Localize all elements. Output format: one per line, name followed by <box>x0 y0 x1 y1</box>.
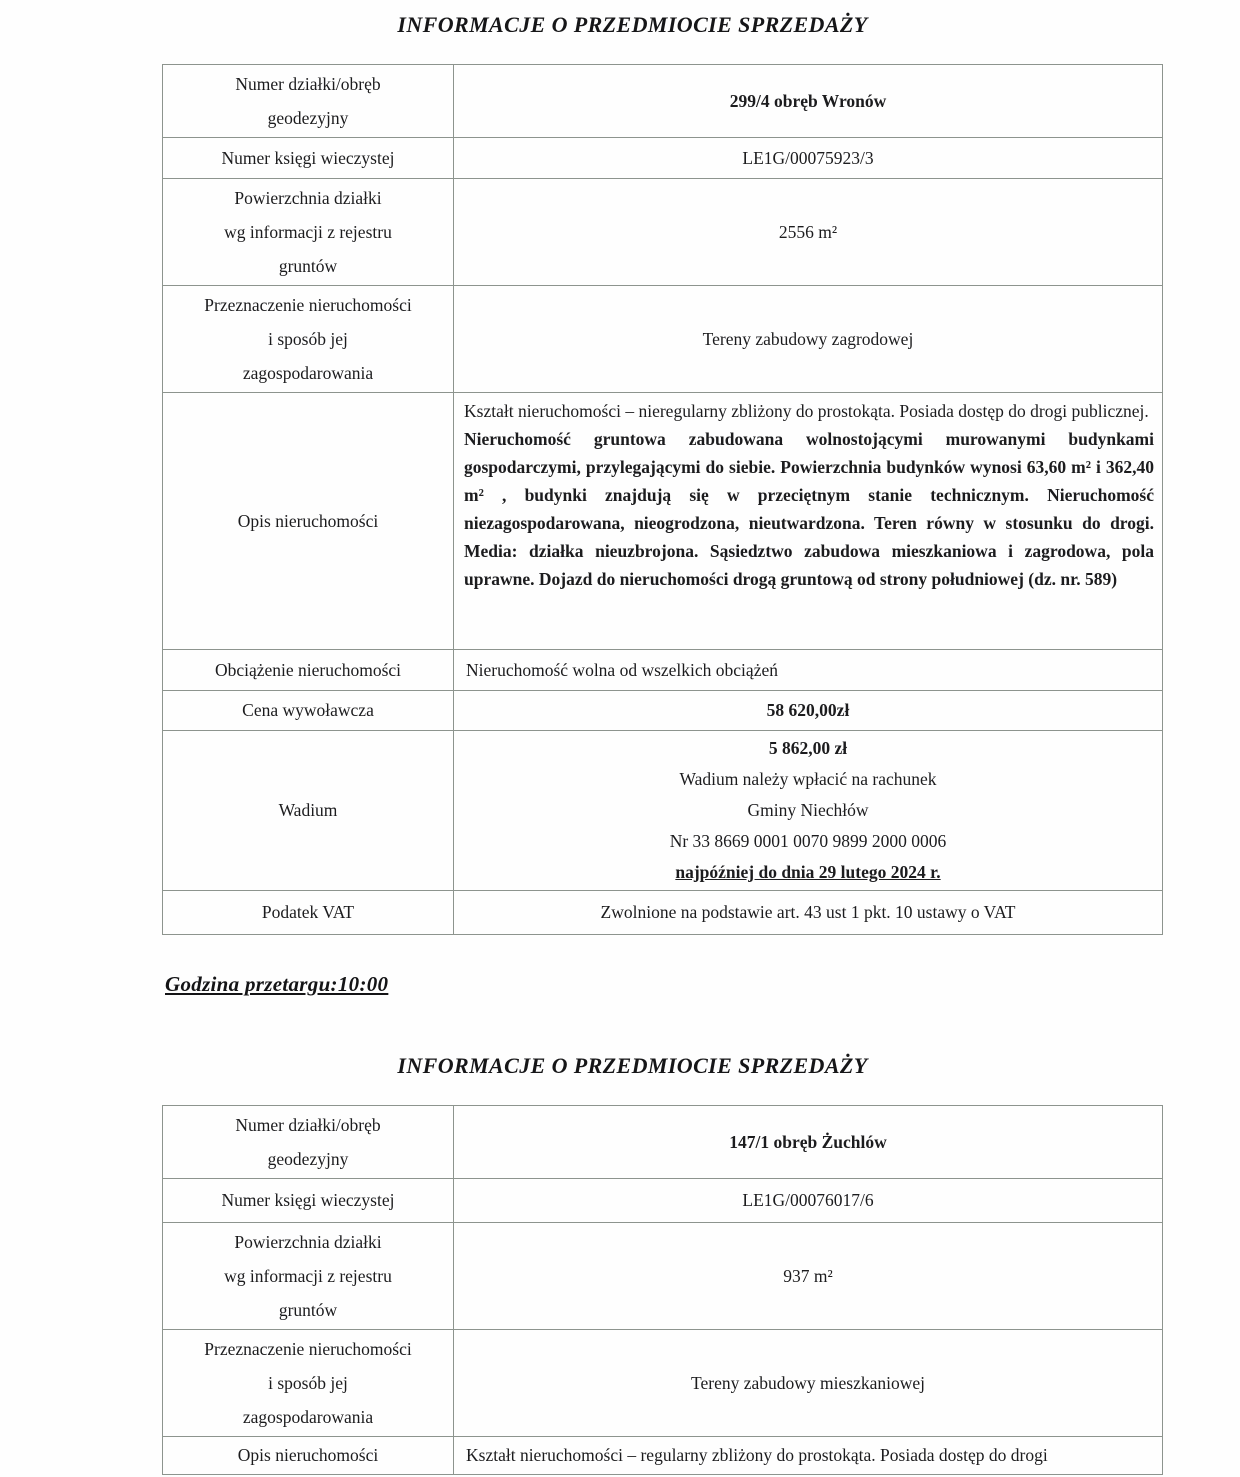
purpose-value: Tereny zabudowy mieszkaniowej <box>454 1330 1163 1437</box>
deposit-account-number: Nr 33 8669 0001 0070 9899 2000 0006 <box>466 826 1150 857</box>
description-paragraph-1: Kształt nieruchomości – nieregularny zbl… <box>464 397 1154 425</box>
deposit-amount: 5 862,00 zł <box>466 733 1150 764</box>
section-title-2: INFORMACJE O PRZEDMIOCIE SPRZEDAŻY <box>132 1053 1133 1079</box>
description-value: Kształt nieruchomości – regularny zbliżo… <box>454 1437 1163 1475</box>
purpose-label: Przeznaczenie nieruchomości i sposób jej… <box>163 1330 454 1437</box>
plot-number-value: 147/1 obręb Żuchlów <box>454 1106 1163 1179</box>
plot-number-label: Numer działki/obręb geodezyjny <box>163 65 454 138</box>
encumbrance-value: Nieruchomość wolna od wszelkich obciążeń <box>454 650 1163 691</box>
table-row-area: Powierzchnia działki wg informacji z rej… <box>163 1223 1163 1330</box>
table-row-description: Opis nieruchomości Kształt nieruchomości… <box>163 1437 1163 1475</box>
description-label: Opis nieruchomości <box>163 393 454 650</box>
land-register-label: Numer księgi wieczystej <box>163 138 454 179</box>
area-value: 2556 m² <box>454 179 1163 286</box>
purpose-label: Przeznaczenie nieruchomości i sposób jej… <box>163 286 454 393</box>
area-label: Powierzchnia działki wg informacji z rej… <box>163 1223 454 1330</box>
table-row-land-register: Numer księgi wieczystej LE1G/00075923/3 <box>163 138 1163 179</box>
area-label: Powierzchnia działki wg informacji z rej… <box>163 179 454 286</box>
table-row-description: Opis nieruchomości Kształt nieruchomości… <box>163 393 1163 650</box>
table-row-area: Powierzchnia działki wg informacji z rej… <box>163 179 1163 286</box>
table-row-deposit: Wadium 5 862,00 zł Wadium należy wpłacić… <box>163 731 1163 891</box>
document-page: INFORMACJE O PRZEDMIOCIE SPRZEDAŻY Numer… <box>0 0 1240 1475</box>
deposit-deadline: najpóźniej do dnia 29 lutego 2024 r. <box>466 857 1150 888</box>
deposit-value: 5 862,00 zł Wadium należy wpłacić na rac… <box>454 731 1163 891</box>
property-table-2: Numer działki/obręb geodezyjny 147/1 obr… <box>162 1105 1163 1475</box>
table-row-land-register: Numer księgi wieczystej LE1G/00076017/6 <box>163 1179 1163 1223</box>
description-label: Opis nieruchomości <box>163 1437 454 1475</box>
price-label: Cena wywoławcza <box>163 691 454 731</box>
description-paragraph-2: Nieruchomość gruntowa zabudowana wolnost… <box>464 425 1154 593</box>
deposit-recipient: Gminy Niechłów <box>466 795 1150 826</box>
encumbrance-label: Obciążenie nieruchomości <box>163 650 454 691</box>
land-register-label: Numer księgi wieczystej <box>163 1179 454 1223</box>
deposit-label: Wadium <box>163 731 454 891</box>
plot-number-value: 299/4 obręb Wronów <box>454 65 1163 138</box>
table-row-plot-number: Numer działki/obręb geodezyjny 299/4 obr… <box>163 65 1163 138</box>
auction-time: Godzina przetargu:10:00 <box>165 972 1240 997</box>
table-row-purpose: Przeznaczenie nieruchomości i sposób jej… <box>163 286 1163 393</box>
purpose-value: Tereny zabudowy zagrodowej <box>454 286 1163 393</box>
description-value: Kształt nieruchomości – nieregularny zbl… <box>454 393 1163 650</box>
deposit-instruction: Wadium należy wpłacić na rachunek <box>466 764 1150 795</box>
vat-value: Zwolnione na podstawie art. 43 ust 1 pkt… <box>454 891 1163 935</box>
property-table-1: Numer działki/obręb geodezyjny 299/4 obr… <box>162 64 1163 935</box>
table-row-purpose: Przeznaczenie nieruchomości i sposób jej… <box>163 1330 1163 1437</box>
section-title-1: INFORMACJE O PRZEDMIOCIE SPRZEDAŻY <box>132 12 1133 38</box>
table-row-price: Cena wywoławcza 58 620,00zł <box>163 691 1163 731</box>
plot-number-label: Numer działki/obręb geodezyjny <box>163 1106 454 1179</box>
table-row-encumbrance: Obciążenie nieruchomości Nieruchomość wo… <box>163 650 1163 691</box>
area-value: 937 m² <box>454 1223 1163 1330</box>
price-value: 58 620,00zł <box>454 691 1163 731</box>
table-row-plot-number: Numer działki/obręb geodezyjny 147/1 obr… <box>163 1106 1163 1179</box>
table-row-vat: Podatek VAT Zwolnione na podstawie art. … <box>163 891 1163 935</box>
land-register-value: LE1G/00075923/3 <box>454 138 1163 179</box>
land-register-value: LE1G/00076017/6 <box>454 1179 1163 1223</box>
vat-label: Podatek VAT <box>163 891 454 935</box>
